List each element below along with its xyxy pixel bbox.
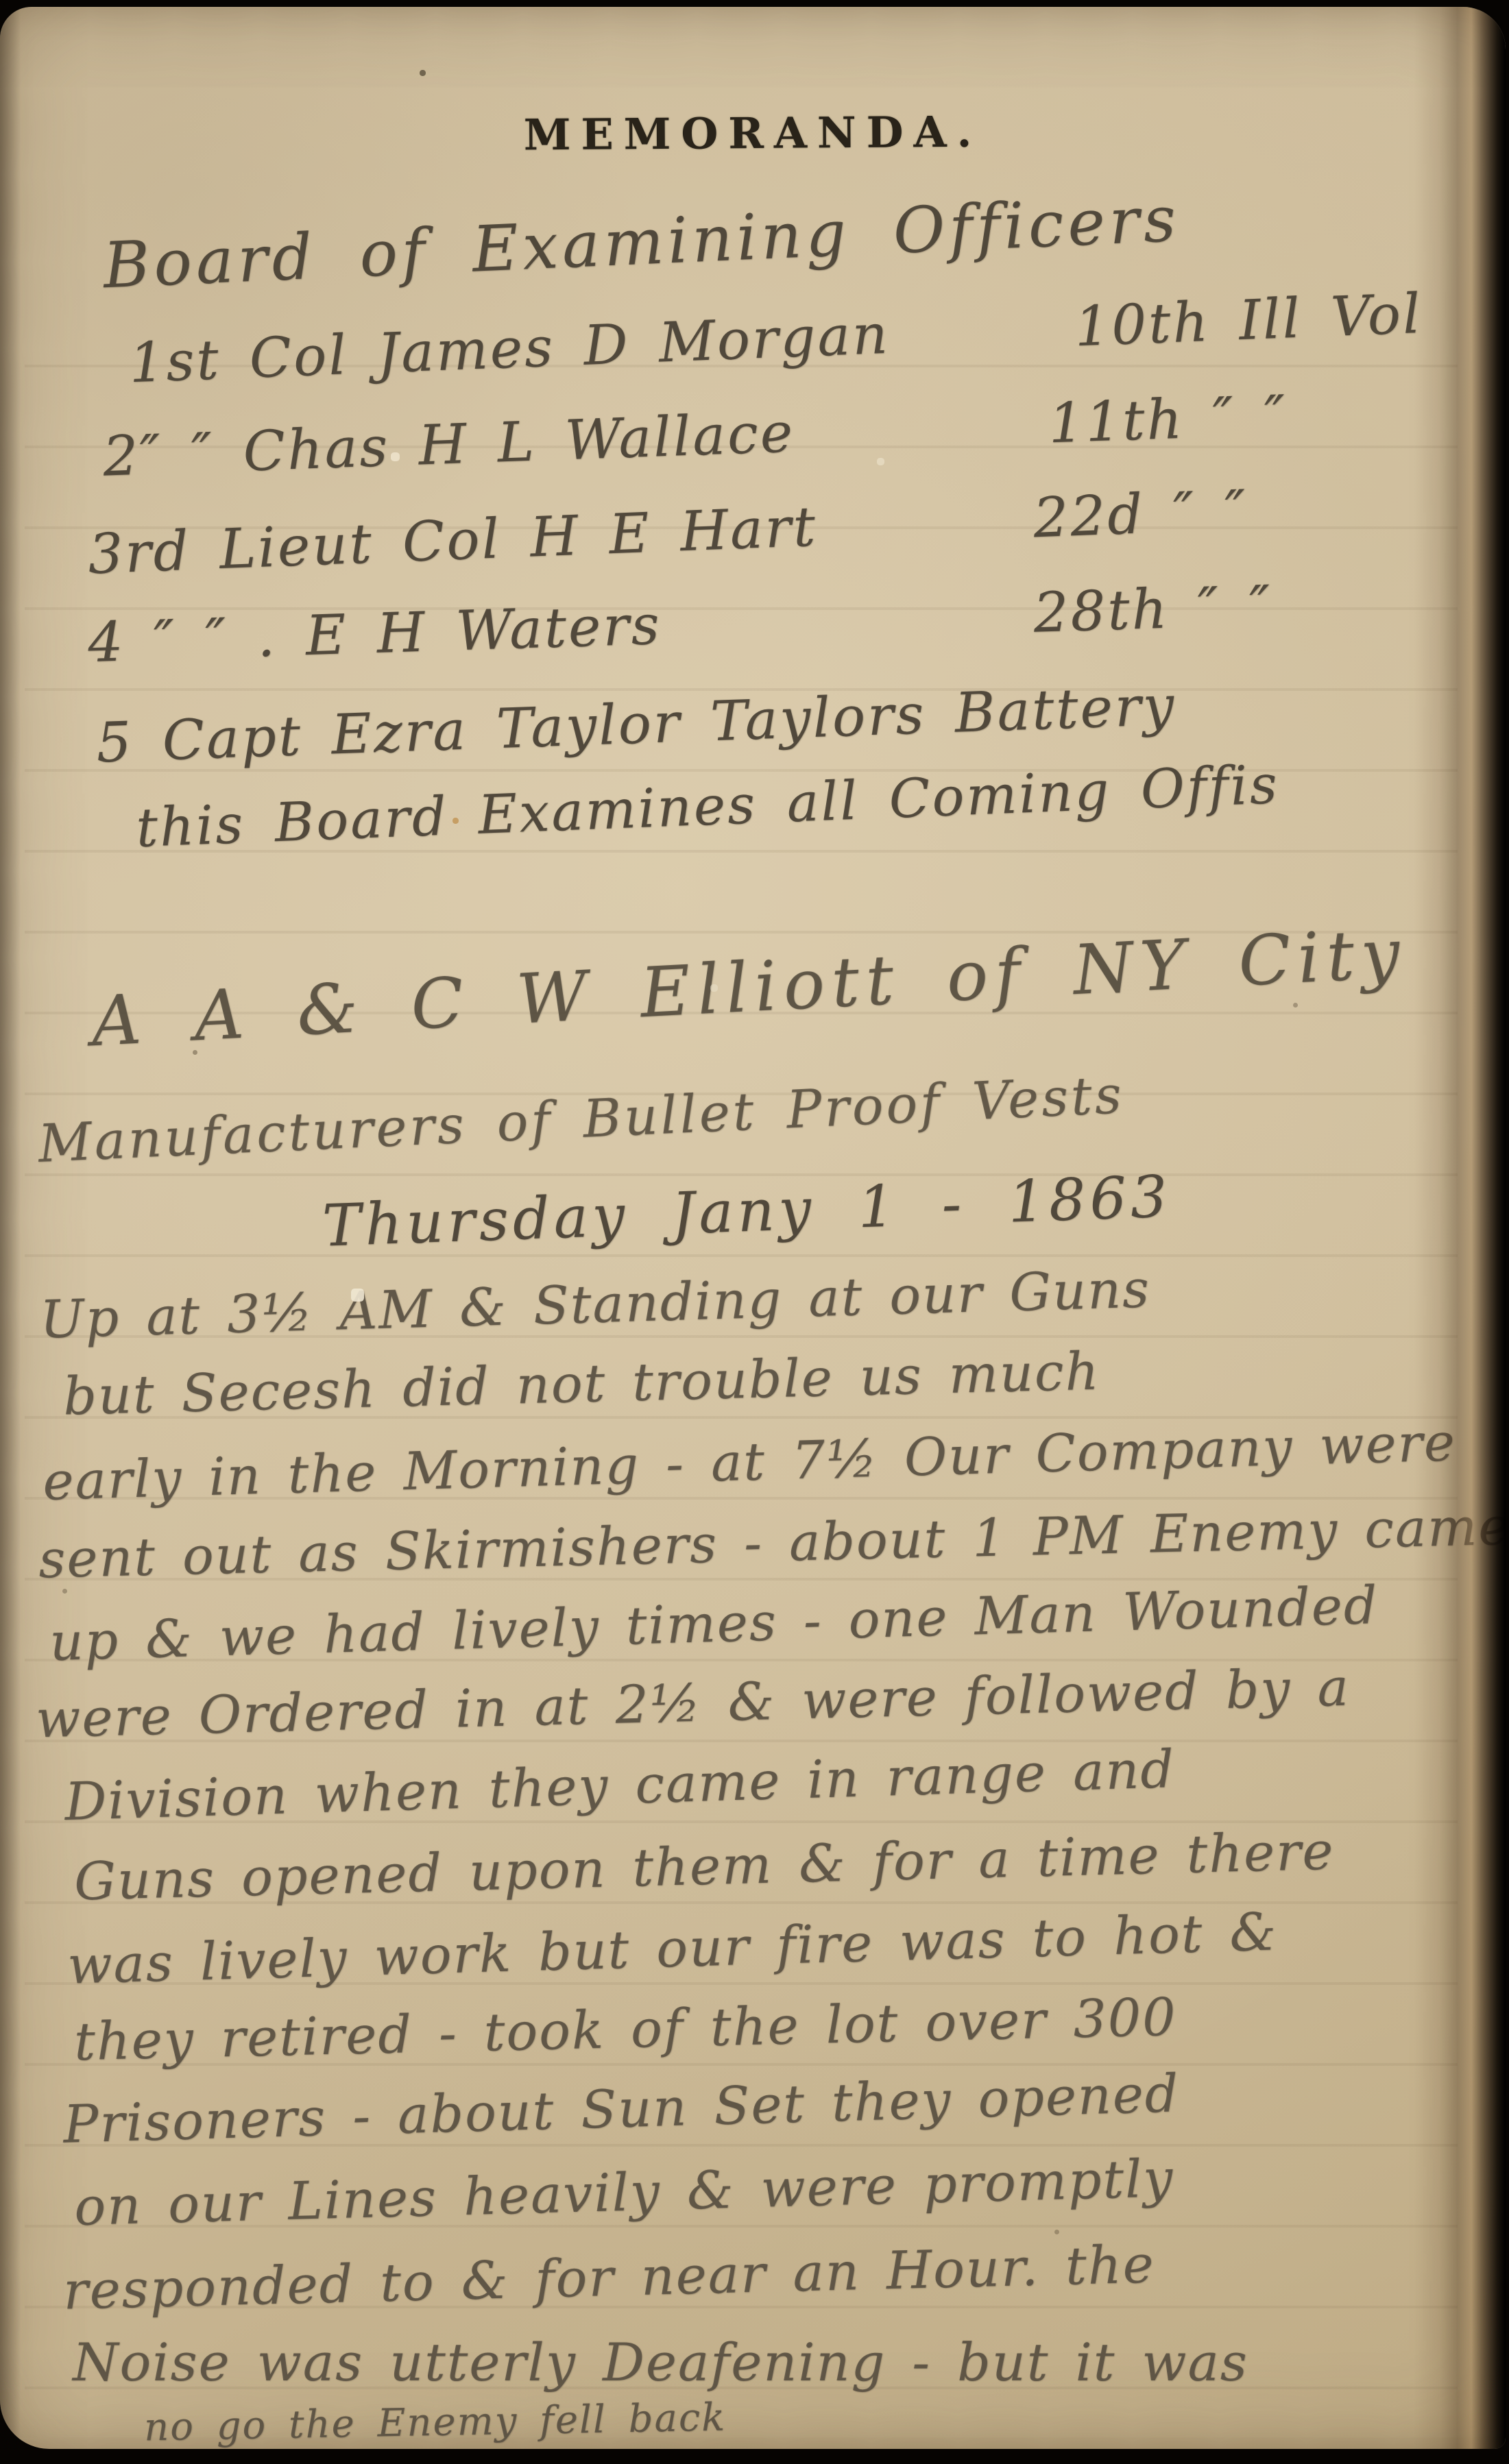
entry-date-line: Thursday Jany 1 - 1863 bbox=[322, 1162, 1172, 1259]
left-page-edge bbox=[0, 7, 21, 2449]
member-name: 4 ″ ″ . E H Waters bbox=[87, 593, 662, 674]
handwritten-line: sent out as Skirmishers - about 1 PM Ene… bbox=[38, 1496, 1506, 1590]
handwritten-line: Prisoners - about Sun Set they opened bbox=[62, 2062, 1180, 2154]
paper-specks bbox=[0, 7, 2, 9]
handwritten-line: responded to & for near an Hour. the bbox=[62, 2234, 1155, 2321]
board-member-row: 3rd Lieut Col H E Hart 22d ″ ″ bbox=[87, 495, 819, 587]
book-binding-edge bbox=[1414, 7, 1506, 2449]
board-member-row: 1st Col James D Morgan 10th Ill Vol bbox=[128, 302, 891, 395]
scanned-diary-page: MEMORANDA. Board of Examining Officers 1… bbox=[0, 0, 1509, 2464]
handwritten-line: were Ordered in at 2½ & were followed by… bbox=[35, 1657, 1351, 1750]
vendor-line: Manufacturers of Bullet Proof Vests bbox=[37, 1064, 1126, 1174]
handwritten-line: early in the Morning - at 7½ Our Company… bbox=[42, 1411, 1457, 1512]
handwritten-line: Up at 3½ AM & Standing at our Guns bbox=[39, 1258, 1151, 1350]
board-member-row: 4 ″ ″ . E H Waters 28th ″ ″ bbox=[87, 593, 662, 674]
member-name: 2″ ″ Chas H L Wallace bbox=[102, 400, 796, 488]
handwritten-line: no go the Enemy fell back bbox=[143, 2395, 726, 2449]
board-note: this Board Examines all Coming Offis bbox=[135, 754, 1280, 859]
handwritten-line: Guns opened upon them & for a time there bbox=[73, 1820, 1335, 1912]
member-unit: 10th Ill Vol bbox=[1074, 282, 1423, 358]
vendor-line: A A & C W Elliott of NY City bbox=[89, 913, 1408, 1062]
member-name: 3rd Lieut Col H E Hart bbox=[87, 495, 819, 587]
page-header: MEMORANDA. bbox=[0, 103, 1506, 163]
handwritten-line: Division when they came in range and bbox=[64, 1738, 1176, 1832]
member-unit: 11th ″ ″ bbox=[1048, 383, 1288, 455]
member-unit: 28th ″ ″ bbox=[1033, 574, 1273, 645]
board-heading: Board of Examining Officers bbox=[101, 182, 1181, 302]
handwritten-line: on our Lines heavily & were promptly bbox=[73, 2147, 1174, 2237]
board-member-row: 5 Capt Ezra Taylor Taylors Battery bbox=[95, 674, 1177, 775]
handwritten-line: Noise was utterly Deafening - but it was bbox=[73, 2332, 1248, 2393]
paper-sheet: MEMORANDA. Board of Examining Officers 1… bbox=[0, 7, 1506, 2449]
handwritten-line: they retired - took of the lot over 300 bbox=[73, 1986, 1177, 2072]
board-member-row: 2″ ″ Chas H L Wallace 11th ″ ″ bbox=[102, 400, 796, 488]
member-name: 5 Capt Ezra Taylor Taylors Battery bbox=[95, 674, 1177, 775]
member-unit: 22d ″ ″ bbox=[1033, 478, 1249, 550]
member-name: 1st Col James D Morgan bbox=[128, 302, 891, 395]
handwritten-line: up & we had lively times - one Man Wound… bbox=[49, 1574, 1379, 1672]
handwritten-line: but Secesh did not trouble us much bbox=[62, 1341, 1100, 1427]
handwritten-line: was lively work but our fire was to hot … bbox=[67, 1901, 1278, 1995]
